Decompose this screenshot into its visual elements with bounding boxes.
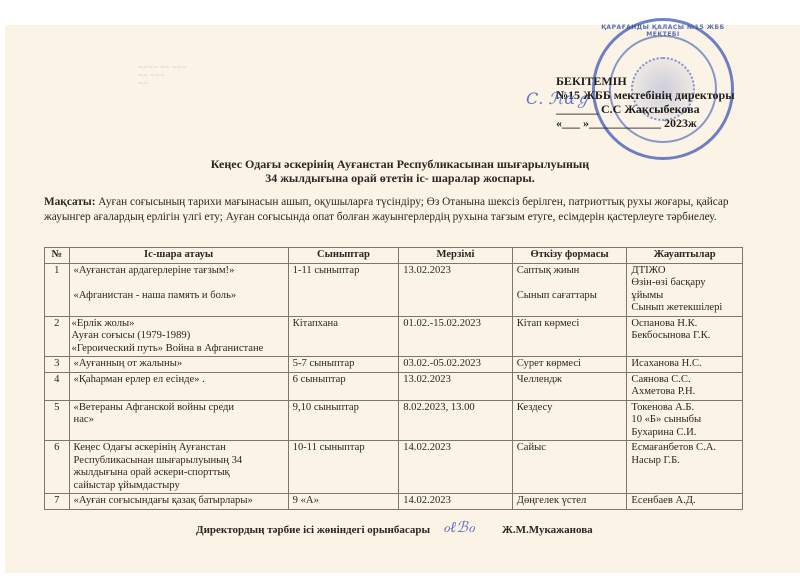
cell-number: 7 <box>45 494 70 510</box>
text-line: Дөңгелек үстел <box>517 495 623 508</box>
cell-classes: Кітапхана <box>288 316 399 357</box>
cell-classes: 9 «А» <box>288 494 399 510</box>
text-line: нас» <box>74 414 284 427</box>
spacer <box>74 277 284 290</box>
cell-classes: 9,10 сыныптар <box>288 400 399 441</box>
cell-date: 13.02.2023 <box>399 372 513 400</box>
cell-responsible: Есмағанбетов С.А. Насыр Г.Б. <box>627 441 743 494</box>
cell-form: Дөңгелек үстел <box>512 494 627 510</box>
cell-number: 2 <box>45 316 70 357</box>
text-line: Бекбосынова Г.К. <box>631 330 738 343</box>
text-line: «Афганистан - наша память и боль» <box>74 290 284 303</box>
text-line: жылдығына орай әскери-спорттық <box>74 467 284 480</box>
cell-event-name: «Ерлік жолы» Ауған соғысы (1979-1989) «Г… <box>69 316 288 357</box>
text-line: Сайыс <box>517 442 623 455</box>
text-line: «Ветераны Афганской войны среди <box>74 402 284 415</box>
deputy-signature-icon: ℴℓℬℴ <box>443 518 475 537</box>
cell-form: Кітап көрмесі <box>512 316 627 357</box>
pencil-note-line: ~~~~ ~~ ~~~ <box>138 64 187 72</box>
text-line: сайыстар ұйымдастыру <box>74 480 284 493</box>
header-event-name: Іс-шара атауы <box>69 248 288 264</box>
text-line: «Ерлік жолы» <box>72 318 284 331</box>
cell-event-name: «Қаһарман ерлер ел есінде» . <box>69 372 288 400</box>
director-signature-icon: С. ℋαℊ <box>526 86 591 109</box>
cell-number: 4 <box>45 372 70 400</box>
text-line: Насыр Г.Б. <box>631 455 738 468</box>
text-line: Токенова А.Б. <box>631 402 738 415</box>
text-line: Кездесу <box>517 402 623 415</box>
header-classes: Сыныптар <box>288 248 399 264</box>
text-line: ДТІЖО <box>631 265 738 278</box>
cell-event-name: «Ауғанстан ардагерлеріне тағзым!» «Афган… <box>69 263 288 316</box>
cell-date: 8.02.2023, 13.00 <box>399 400 513 441</box>
text-line: «Ауған соғысындағы қазақ батырлары» <box>74 495 284 508</box>
header-form: Өткізу формасы <box>512 248 627 264</box>
cell-form: Челлендж <box>512 372 627 400</box>
text-line: ұйымы <box>631 290 738 303</box>
text-line: Есмағанбетов С.А. <box>631 442 738 455</box>
text-line: 10 «Б» сыныбы <box>631 414 738 427</box>
text-line: «Қаһарман ерлер ел есінде» . <box>74 374 284 387</box>
approval-date: «___ »____________ 2023ж <box>556 116 756 130</box>
goal-label: Мақсаты: <box>44 196 95 208</box>
text-line: Есенбаев А.Д. <box>631 495 738 508</box>
cell-form: Кездесу <box>512 400 627 441</box>
cell-event-name: «Ауғанның от жалыны» <box>69 357 288 373</box>
table-header-row: № Іс-шара атауы Сыныптар Мерзімі Өткізу … <box>45 248 743 264</box>
spacer <box>517 277 623 290</box>
text-line: Челлендж <box>517 374 623 387</box>
table-row: 3 «Ауғанның от жалыны» 5-7 сыныптар 03.0… <box>45 357 743 373</box>
cell-responsible: Оспанова Н.К. Бекбосынова Г.К. <box>627 316 743 357</box>
table-row: 5 «Ветераны Афганской войны среди нас» 9… <box>45 400 743 441</box>
cell-date: 14.02.2023 <box>399 494 513 510</box>
cell-event-name: «Ветераны Афганской войны среди нас» <box>69 400 288 441</box>
document-title: Кеңес Одағы әскерінің Ауғанстан Республи… <box>0 157 800 185</box>
cell-responsible: Токенова А.Б. 10 «Б» сыныбы Бухарина С.И… <box>627 400 743 441</box>
cell-classes: 1-11 сыныптар <box>288 263 399 316</box>
cell-responsible: Есенбаев А.Д. <box>627 494 743 510</box>
table-row: 6 Кеңес Одағы әскерінің Ауғанстан Респуб… <box>45 441 743 494</box>
cell-form: Сайыс <box>512 441 627 494</box>
header-number: № <box>45 248 70 264</box>
pencil-note: ~~~~ ~~ ~~~ ~~ ~~~ ~~ <box>138 64 187 88</box>
text-line: Сурет көрмесі <box>517 358 623 371</box>
cell-date: 01.02.-15.02.2023 <box>399 316 513 357</box>
text-line: Кітап көрмесі <box>517 318 623 331</box>
table-row: 4 «Қаһарман ерлер ел есінде» . 6 сыныпта… <box>45 372 743 400</box>
cell-form: Сурет көрмесі <box>512 357 627 373</box>
cell-number: 6 <box>45 441 70 494</box>
cell-classes: 6 сыныптар <box>288 372 399 400</box>
cell-number: 5 <box>45 400 70 441</box>
text-line: Саптық жиын <box>517 265 623 278</box>
cell-number: 3 <box>45 357 70 373</box>
cell-form: Саптық жиын Сынып сағаттары <box>512 263 627 316</box>
text-line: Бухарина С.И. <box>631 427 738 440</box>
title-line-2: 34 жылдығына орай өтетін іс- шаралар жос… <box>0 171 800 185</box>
text-line: Республикасынан шығарылуының 34 <box>74 455 284 468</box>
events-plan-table: № Іс-шара атауы Сыныптар Мерзімі Өткізу … <box>44 247 743 510</box>
cell-responsible: ДТІЖО Өзін-өзі басқару ұйымы Сынып жетек… <box>627 263 743 316</box>
text-line: Өзін-өзі басқару <box>631 277 738 290</box>
text-line: Сынып сағаттары <box>517 290 623 303</box>
cell-date: 03.02.-05.02.2023 <box>399 357 513 373</box>
goal-text: Ауған соғысының тарихи мағынасын ашып, о… <box>44 196 729 223</box>
text-line: «Ауғанстан ардагерлеріне тағзым!» <box>74 265 284 278</box>
cell-responsible: Саянова С.С. Ахметова Р.Н. <box>627 372 743 400</box>
table-row: 2 «Ерлік жолы» Ауған соғысы (1979-1989) … <box>45 316 743 357</box>
cell-classes: 10-11 сыныптар <box>288 441 399 494</box>
text-line: Оспанова Н.К. <box>631 318 738 331</box>
text-line: Ахметова Р.Н. <box>631 386 738 399</box>
cell-number: 1 <box>45 263 70 316</box>
cell-event-name: «Ауған соғысындағы қазақ батырлары» <box>69 494 288 510</box>
goal-paragraph: Мақсаты: Ауған соғысының тарихи мағынасы… <box>44 195 744 225</box>
title-line-1: Кеңес Одағы әскерінің Ауғанстан Республи… <box>0 157 800 171</box>
table-row: 7 «Ауған соғысындағы қазақ батырлары» 9 … <box>45 494 743 510</box>
cell-classes: 5-7 сыныптар <box>288 357 399 373</box>
text-line: Исаханова Н.С. <box>631 358 738 371</box>
text-line: Сынып жетекшілері <box>631 302 738 315</box>
cell-event-name: Кеңес Одағы әскерінің Ауғанстан Республи… <box>69 441 288 494</box>
table-row: 1 «Ауғанстан ардагерлеріне тағзым!» «Афг… <box>45 263 743 316</box>
text-line: Ауған соғысы (1979-1989) <box>72 330 284 343</box>
footer-name: Ж.М.Мукажанова <box>502 524 593 536</box>
pencil-note-line: ~~ ~~~ <box>138 72 187 80</box>
cell-date: 13.02.2023 <box>399 263 513 316</box>
text-line: «Ауғанның от жалыны» <box>74 358 284 371</box>
text-line: Кеңес Одағы әскерінің Ауғанстан <box>74 442 284 455</box>
header-date: Мерзімі <box>399 248 513 264</box>
cell-date: 14.02.2023 <box>399 441 513 494</box>
header-responsible: Жауаптылар <box>627 248 743 264</box>
cell-responsible: Исаханова Н.С. <box>627 357 743 373</box>
text-line: «Героический путь» Война в Афганистане <box>72 343 284 356</box>
text-line: Саянова С.С. <box>631 374 738 387</box>
footer-position: Директордың тәрбие ісі жөніндегі орынбас… <box>196 524 430 536</box>
pencil-note-line: ~~ <box>138 80 187 88</box>
